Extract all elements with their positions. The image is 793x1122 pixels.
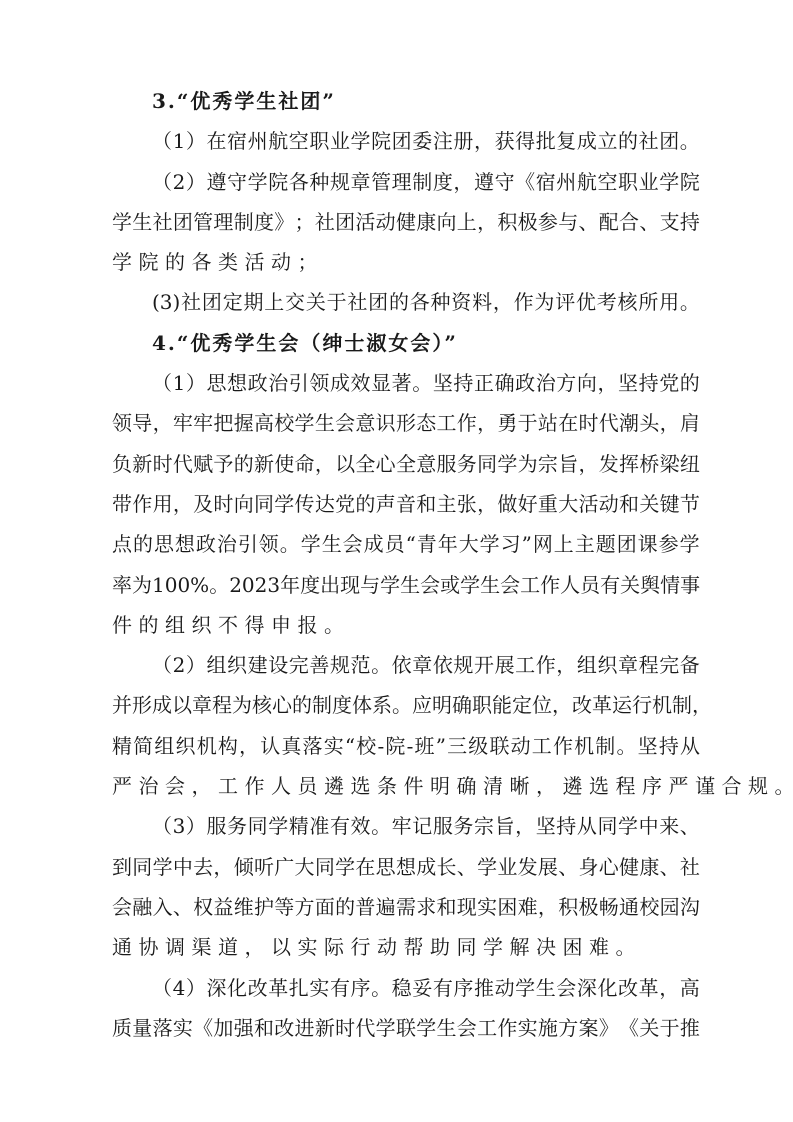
paragraph-line: 率为100%。2023年度出现与学生会或学生会工作人员有关舆情事 <box>112 565 700 605</box>
paragraph-line: （2）遵守学院各种规章管理制度，遵守《宿州航空职业学院 <box>112 162 700 202</box>
paragraph-line: 件的组织不得申报。 <box>112 605 700 645</box>
paragraph-line: 精简组织机构，认真落实“校-院-班”三级联动工作机制。坚持从 <box>112 726 700 766</box>
paragraph-line: 通协调渠道，以实际行动帮助同学解决困难。 <box>112 927 700 967</box>
paragraph-line: 领导，牢牢把握高校学生会意识形态工作，勇于站在时代潮头，肩 <box>112 403 700 443</box>
paragraph-line: 会融入、权益维护等方面的普遍需求和现实困难，积极畅通校园沟 <box>112 887 700 927</box>
paragraph-line: 到同学中去，倾听广大同学在思想成长、学业发展、身心健康、社 <box>112 847 700 887</box>
paragraph-line: （3）服务同学精准有效。牢记服务宗旨，坚持从同学中来、 <box>112 806 700 846</box>
paragraph-line: （1）在宿州航空职业学院团委注册，获得批复成立的社团。 <box>112 121 700 161</box>
section-3-heading: 3.“优秀学生社团” <box>112 81 700 121</box>
document-body: 3.“优秀学生社团” （1）在宿州航空职业学院团委注册，获得批复成立的社团。 （… <box>112 81 700 1048</box>
paragraph-line: 学院的各类活动； <box>112 242 700 282</box>
paragraph-line: （4）深化改革扎实有序。稳妥有序推动学生会深化改革，高 <box>112 968 700 1008</box>
paragraph-line: 负新时代赋予的新使命，以全心全意服务同学为宗旨，发挥桥梁纽 <box>112 444 700 484</box>
paragraph-line: 质量落实《加强和改进新时代学联学生会工作实施方案》《关于推 <box>112 1008 700 1048</box>
paragraph-line: 学生社团管理制度》；社团活动健康向上，积极参与、配合、支持 <box>112 202 700 242</box>
paragraph-line: (3)社团定期上交关于社团的各种资料，作为评优考核所用。 <box>112 282 700 322</box>
paragraph-line: （1）思想政治引领成效显著。坚持正确政治方向，坚持党的 <box>112 363 700 403</box>
paragraph-line: 带作用，及时向同学传达党的声音和主张，做好重大活动和关键节 <box>112 484 700 524</box>
paragraph-line: （2）组织建设完善规范。依章依规开展工作，组织章程完备 <box>112 645 700 685</box>
paragraph-line: 点的思想政治引领。学生会成员“青年大学习”网上主题团课参学 <box>112 524 700 564</box>
paragraph-line: 严治会，工作人员遴选条件明确清晰，遴选程序严谨合规。 <box>112 766 700 806</box>
document-page: 3.“优秀学生社团” （1）在宿州航空职业学院团委注册，获得批复成立的社团。 （… <box>0 0 793 1122</box>
paragraph-line: 并形成以章程为核心的制度体系。应明确职能定位，改革运行机制， <box>112 685 700 725</box>
section-4-heading: 4.“优秀学生会（绅士淑女会）” <box>112 323 700 363</box>
